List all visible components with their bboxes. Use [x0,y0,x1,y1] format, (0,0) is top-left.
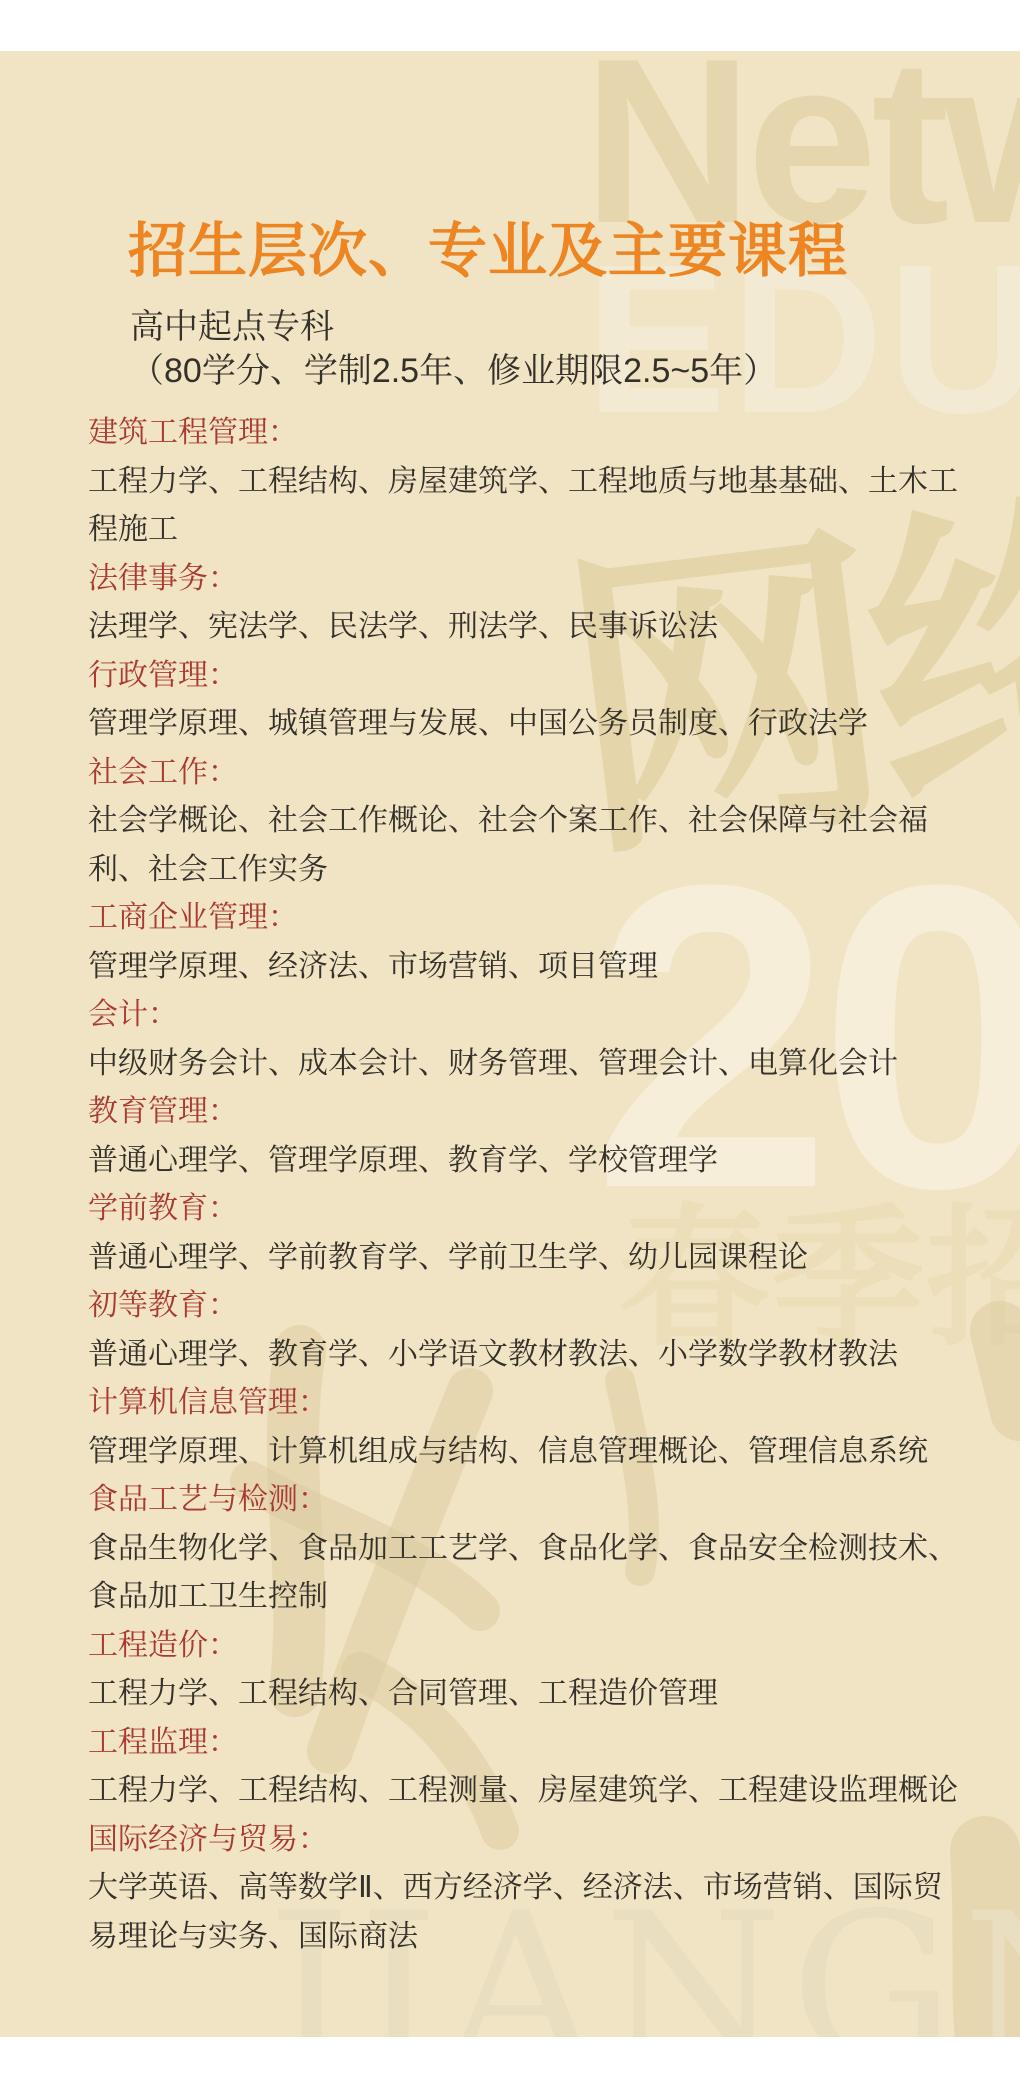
course-line: 工程力学、工程结构、房屋建筑学、工程地质与地基基础、土木工 [88,458,1018,507]
program-level: 高中起点专科 [130,299,334,348]
major-section: 建筑工程管理： 工程力学、工程结构、房屋建筑学、工程地质与地基基础、土木工程施工 [88,409,1018,555]
majors-list: 建筑工程管理： 工程力学、工程结构、房屋建筑学、工程地质与地基基础、土木工程施工… [88,409,1018,1961]
program-credit-details: （80学分、学制2.5年、修业期限2.5~5年） [130,343,777,392]
course-line: 食品生物化学、食品加工工艺学、食品化学、食品安全检测技术、 [88,1525,1018,1574]
page: Netw EDUC 网络 20 春季招生 JIANGNAN 招生层次、专业及主要… [0,0,1020,2094]
major-section: 工程造价： 工程力学、工程结构、合同管理、工程造价管理 [88,1622,1018,1719]
major-name: 工商企业管理： [88,894,1018,943]
course-line: 工程力学、工程结构、合同管理、工程造价管理 [88,1670,1018,1719]
major-section: 初等教育： 普通心理学、教育学、小学语文教材教法、小学数学教材教法 [88,1282,1018,1379]
course-line: 程施工 [88,506,1018,555]
major-section: 食品工艺与检测： 食品生物化学、食品加工工艺学、食品化学、食品安全检测技术、食品… [88,1476,1018,1622]
flyer-panel: Netw EDUC 网络 20 春季招生 JIANGNAN 招生层次、专业及主要… [0,51,1020,2037]
major-name: 建筑工程管理： [88,409,1018,458]
major-section: 行政管理： 管理学原理、城镇管理与发展、中国公务员制度、行政法学 [88,652,1018,749]
major-section: 国际经济与贸易： 大学英语、高等数学Ⅱ、西方经济学、经济法、市场营销、国际贸易理… [88,1816,1018,1962]
page-title: 招生层次、专业及主要课程 [128,203,848,288]
major-name: 食品工艺与检测： [88,1476,1018,1525]
course-line: 管理学原理、经济法、市场营销、项目管理 [88,943,1018,992]
major-section: 社会工作： 社会学概论、社会工作概论、社会个案工作、社会保障与社会福利、社会工作… [88,749,1018,895]
major-name: 会计： [88,991,1018,1040]
major-section: 学前教育： 普通心理学、学前教育学、学前卫生学、幼儿园课程论 [88,1185,1018,1282]
major-section: 会计： 中级财务会计、成本会计、财务管理、管理会计、电算化会计 [88,991,1018,1088]
course-line: 普通心理学、学前教育学、学前卫生学、幼儿园课程论 [88,1234,1018,1283]
course-line: 法理学、宪法学、民法学、刑法学、民事诉讼法 [88,603,1018,652]
major-name: 工程监理： [88,1719,1018,1768]
major-name: 工程造价： [88,1622,1018,1671]
course-line: 普通心理学、教育学、小学语文教材教法、小学数学教材教法 [88,1331,1018,1380]
major-section: 计算机信息管理： 管理学原理、计算机组成与结构、信息管理概论、管理信息系统 [88,1379,1018,1476]
course-line: 管理学原理、城镇管理与发展、中国公务员制度、行政法学 [88,700,1018,749]
course-line: 工程力学、工程结构、工程测量、房屋建筑学、工程建设监理概论 [88,1767,1018,1816]
course-line: 社会学概论、社会工作概论、社会个案工作、社会保障与社会福 [88,797,1018,846]
major-section: 工程监理： 工程力学、工程结构、工程测量、房屋建筑学、工程建设监理概论 [88,1719,1018,1816]
major-name: 学前教育： [88,1185,1018,1234]
course-line: 利、社会工作实务 [88,846,1018,895]
major-name: 计算机信息管理： [88,1379,1018,1428]
major-name: 社会工作： [88,749,1018,798]
course-line: 食品加工卫生控制 [88,1573,1018,1622]
course-line: 中级财务会计、成本会计、财务管理、管理会计、电算化会计 [88,1040,1018,1089]
major-name: 初等教育： [88,1282,1018,1331]
major-name: 行政管理： [88,652,1018,701]
course-line: 易理论与实务、国际商法 [88,1913,1018,1962]
course-line: 普通心理学、管理学原理、教育学、学校管理学 [88,1137,1018,1186]
major-name: 教育管理： [88,1088,1018,1137]
major-name: 法律事务： [88,555,1018,604]
major-section: 工商企业管理： 管理学原理、经济法、市场营销、项目管理 [88,894,1018,991]
major-name: 国际经济与贸易： [88,1816,1018,1865]
major-section: 法律事务： 法理学、宪法学、民法学、刑法学、民事诉讼法 [88,555,1018,652]
major-section: 教育管理： 普通心理学、管理学原理、教育学、学校管理学 [88,1088,1018,1185]
course-line: 大学英语、高等数学Ⅱ、西方经济学、经济法、市场营销、国际贸 [88,1864,1018,1913]
course-line: 管理学原理、计算机组成与结构、信息管理概论、管理信息系统 [88,1428,1018,1477]
